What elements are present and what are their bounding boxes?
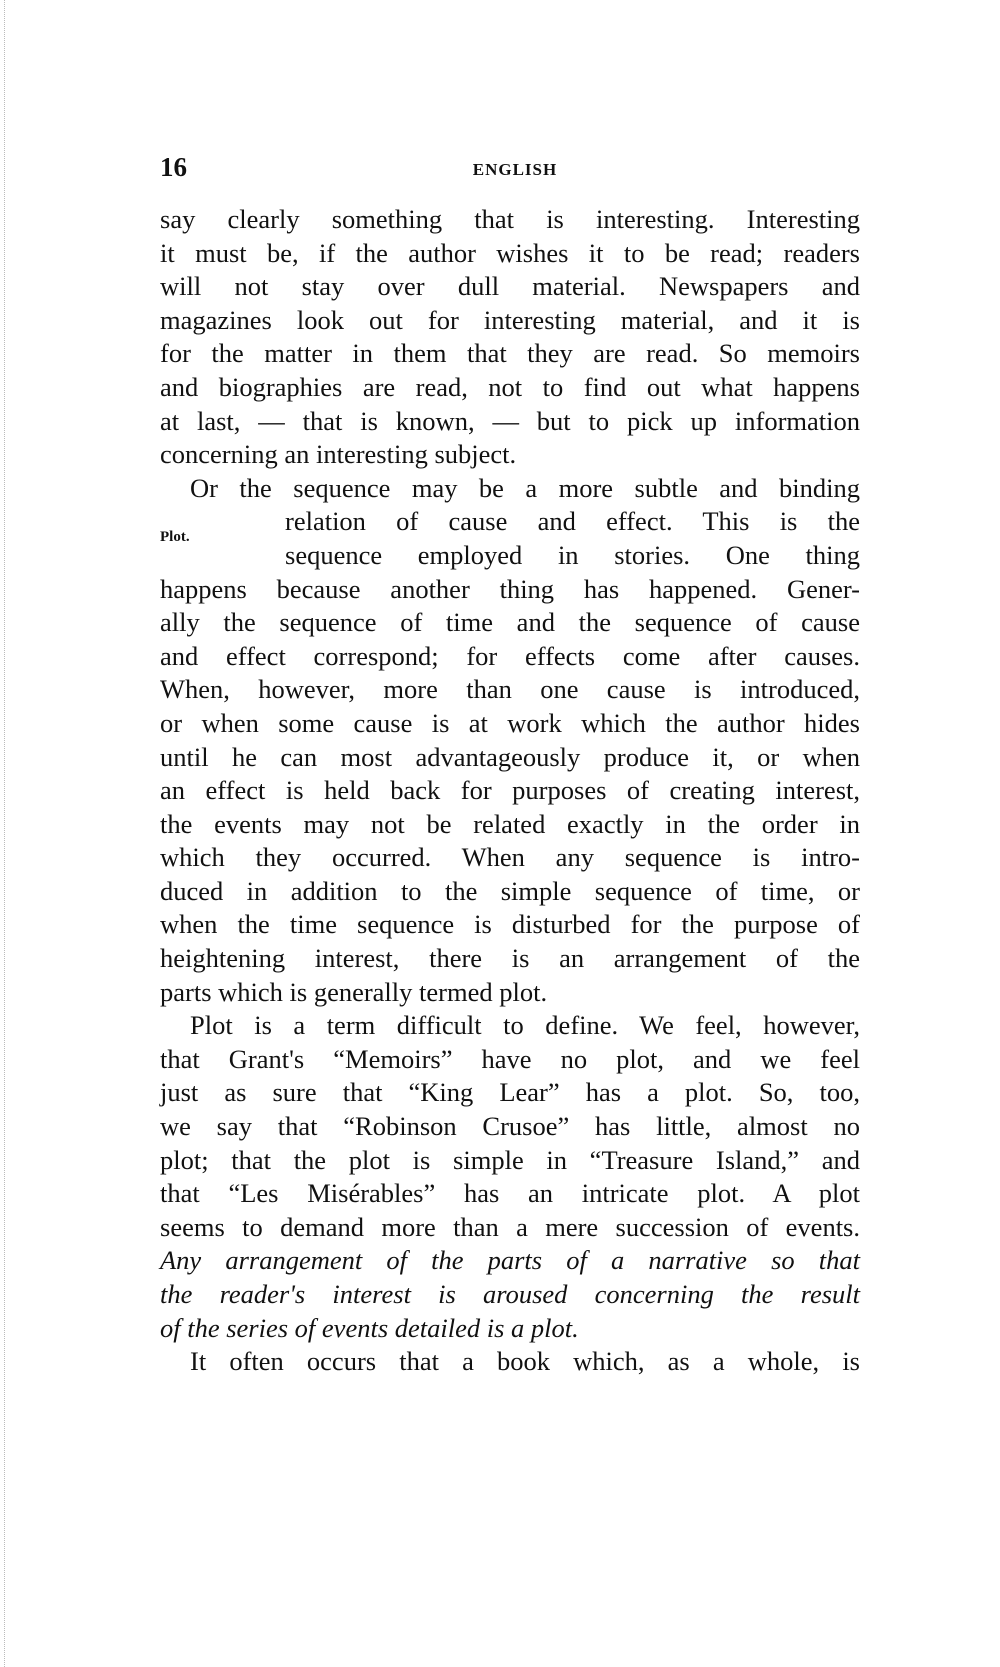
text-line: ally the sequence of time and the sequen… — [160, 606, 860, 640]
text-line: relation of cause and effect. This is th… — [160, 505, 860, 539]
running-head: ENGLISH — [0, 160, 1000, 180]
text-line: seems to demand more than a mere success… — [160, 1211, 860, 1245]
text-line: parts which is generally termed plot. — [160, 976, 860, 1010]
text-line: that “Les Misérables” has an intricate p… — [160, 1177, 860, 1211]
text-line: which they occurred. When any sequence i… — [160, 841, 860, 875]
paragraph: Plot is a term difficult to define. We f… — [160, 1009, 860, 1345]
paragraph: Or the sequence may be a more subtle and… — [160, 472, 860, 1010]
text-line: plot; that the plot is simple in “Treasu… — [160, 1144, 860, 1178]
text-line: When, however, more than one cause is in… — [160, 673, 860, 707]
text-line: for the matter in them that they are rea… — [160, 337, 860, 371]
text-line: and effect correspond; for effects come … — [160, 640, 860, 674]
text-line: heightening interest, there is an arrang… — [160, 942, 860, 976]
definition-line: Any arrangement of the parts of a narrat… — [160, 1244, 860, 1278]
text-line: it must be, if the author wishes it to b… — [160, 237, 860, 271]
text-line: at last, — that is known, — but to pick … — [160, 405, 860, 439]
text-line: sequence employed in stories. One thing — [160, 539, 860, 573]
text-line: Or the sequence may be a more subtle and… — [160, 472, 860, 506]
text-line: It often occurs that a book which, as a … — [160, 1345, 860, 1379]
definition-line: the reader's interest is aroused concern… — [160, 1278, 860, 1312]
text-line: will not stay over dull material. Newspa… — [160, 270, 860, 304]
text-line: or when some cause is at work which the … — [160, 707, 860, 741]
text-line: the events may not be related exactly in… — [160, 808, 860, 842]
paragraph: It often occurs that a book which, as a … — [160, 1345, 860, 1379]
text-line: we say that “Robinson Crusoe” has little… — [160, 1110, 860, 1144]
text-line: magazines look out for interesting mater… — [160, 304, 860, 338]
body-text: say clearly something that is interestin… — [160, 203, 860, 1379]
text-line: until he can most advantageously produce… — [160, 741, 860, 775]
text-line: and biographies are read, not to find ou… — [160, 371, 860, 405]
text-line: happens because another thing has happen… — [160, 573, 860, 607]
definition-line: of the series of events detailed is a pl… — [160, 1312, 860, 1346]
text-line: just as sure that “King Lear” has a plot… — [160, 1076, 860, 1110]
text-line: that Grant's “Memoirs” have no plot, and… — [160, 1043, 860, 1077]
text-line: concerning an interesting subject. — [160, 438, 860, 472]
text-line: Plot is a term difficult to define. We f… — [160, 1009, 860, 1043]
paragraph: say clearly something that is interestin… — [160, 203, 860, 472]
scan-edge — [4, 0, 6, 1667]
text-line: when the time sequence is disturbed for … — [160, 908, 860, 942]
text-line: duced in addition to the simple sequence… — [160, 875, 860, 909]
text-line: an effect is held back for purposes of c… — [160, 774, 860, 808]
text-line: say clearly something that is interestin… — [160, 203, 860, 237]
